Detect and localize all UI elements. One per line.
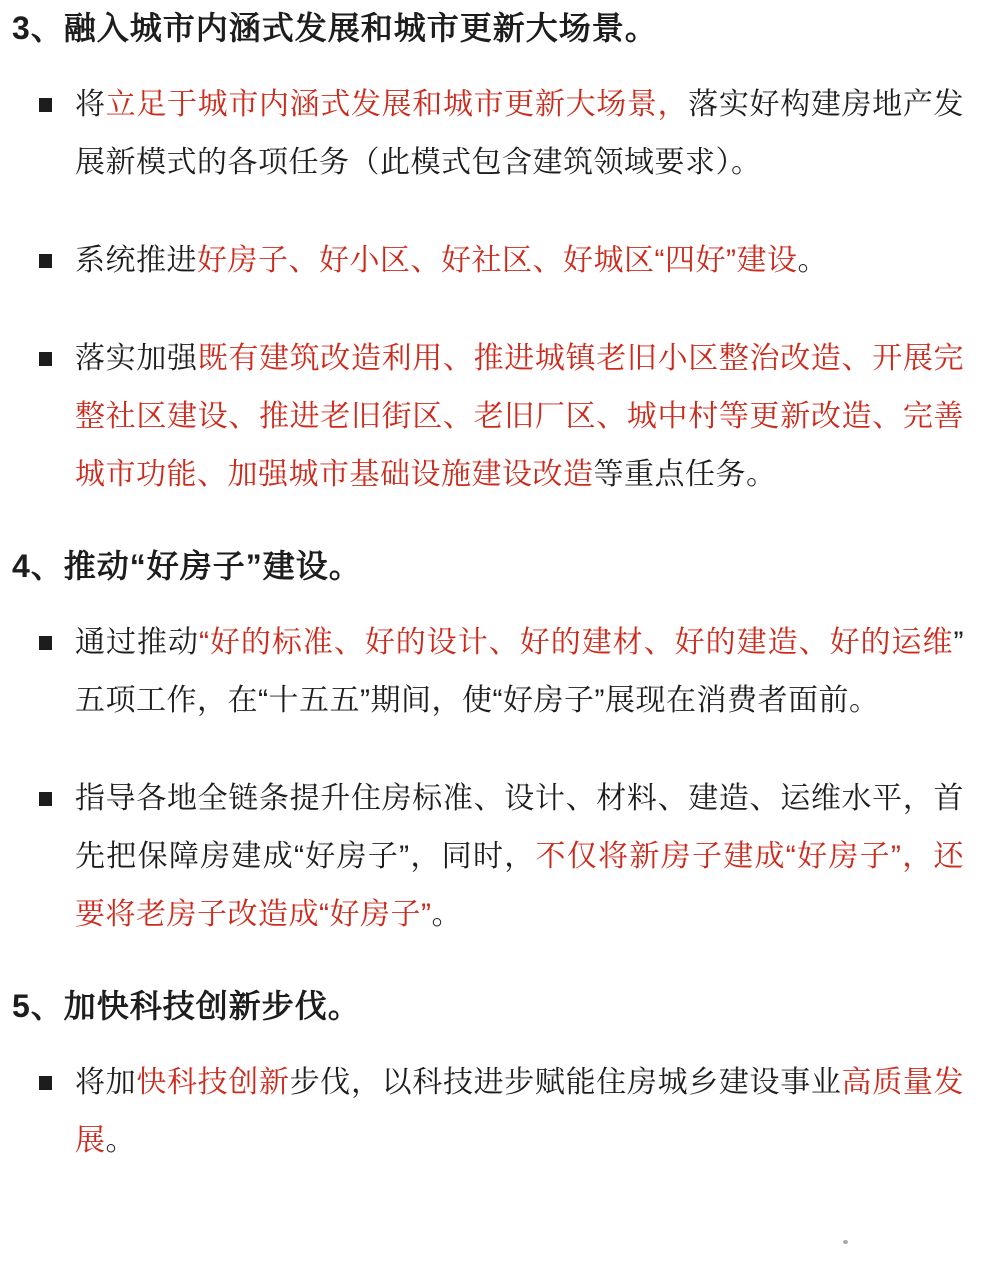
bullet-text: 通过推动“好的标准、好的设计、好的建材、好的建造、好的运维”五项工作，在“十五五…: [75, 614, 964, 730]
bullet-square-icon: [39, 792, 52, 806]
body-text: 。: [797, 244, 828, 277]
highlight-red-text: 既有建筑改造利用、推进城镇老旧小区整治改造、开展完整社区建设、推进老旧街区、老旧…: [75, 342, 964, 491]
bullet-text: 将立足于城市内涵式发展和城市更新大场景，落实好构建房地产发展新模式的各项任务（此…: [75, 76, 964, 192]
body-text: 将: [75, 88, 106, 121]
bullet-square-icon: [39, 636, 52, 650]
body-text: 步伐，以科技进步赋能住房城乡建设事业: [290, 1066, 842, 1099]
body-text: 落实加强: [75, 342, 198, 375]
bullet-item: 通过推动“好的标准、好的设计、好的建材、好的建造、好的运维”五项工作，在“十五五…: [12, 614, 964, 730]
document-page: 3、融入城市内涵式发展和城市更新大场景。 将立足于城市内涵式发展和城市更新大场景…: [0, 0, 984, 1270]
bullet-text: 系统推进好房子、好小区、好社区、好城区“四好”建设。: [75, 232, 964, 290]
bullet-item: 将加快科技创新步伐，以科技进步赋能住房城乡建设事业高质量发展。: [12, 1054, 964, 1170]
bullet-square-icon: [39, 352, 52, 366]
bullet-square-icon: [39, 254, 52, 268]
body-text: 。: [106, 1124, 137, 1157]
body-text: 。: [431, 898, 462, 931]
document-section: 4、推动“好房子”建设。 通过推动“好的标准、好的设计、好的建材、好的建造、好的…: [12, 544, 964, 944]
body-text: 将加: [75, 1066, 136, 1099]
bullet-text: 指导各地全链条提升住房标准、设计、材料、建造、运维水平，首先把保障房建成“好房子…: [75, 770, 964, 944]
bullet-item: 落实加强既有建筑改造利用、推进城镇老旧小区整治改造、开展完整社区建设、推进老旧街…: [12, 330, 964, 504]
bullet-item: 系统推进好房子、好小区、好社区、好城区“四好”建设。: [12, 232, 964, 290]
section-heading: 4、推动“好房子”建设。: [12, 544, 964, 588]
highlight-red-text: 立足于城市内涵式发展和城市更新大场景，: [106, 88, 689, 121]
bullet-item: 将立足于城市内涵式发展和城市更新大场景，落实好构建房地产发展新模式的各项任务（此…: [12, 76, 964, 192]
bullet-text: 将加快科技创新步伐，以科技进步赋能住房城乡建设事业高质量发展。: [75, 1054, 964, 1170]
bullet-item: 指导各地全链条提升住房标准、设计、材料、建造、运维水平，首先把保障房建成“好房子…: [12, 770, 964, 944]
sections-container: 3、融入城市内涵式发展和城市更新大场景。 将立足于城市内涵式发展和城市更新大场景…: [12, 6, 964, 1170]
scan-artifact-dot: [843, 1240, 848, 1244]
body-text: 等重点任务。: [594, 458, 777, 491]
bullet-text: 落实加强既有建筑改造利用、推进城镇老旧小区整治改造、开展完整社区建设、推进老旧街…: [75, 330, 964, 504]
highlight-red-text: “好的标准、好的设计、好的建材、好的建造、好的运维: [199, 626, 954, 659]
document-section: 3、融入城市内涵式发展和城市更新大场景。 将立足于城市内涵式发展和城市更新大场景…: [12, 6, 964, 504]
highlight-red-text: 好房子、好小区、好社区、好城区“四好”建设: [197, 244, 797, 277]
section-heading: 5、加快科技创新步伐。: [12, 984, 964, 1028]
bullet-square-icon: [39, 1076, 52, 1090]
document-section: 5、加快科技创新步伐。 将加快科技创新步伐，以科技进步赋能住房城乡建设事业高质量…: [12, 984, 964, 1170]
body-text: 系统推进: [75, 244, 197, 277]
bullet-square-icon: [39, 98, 52, 112]
section-heading: 3、融入城市内涵式发展和城市更新大场景。: [12, 6, 964, 50]
body-text: 通过推动: [75, 626, 199, 659]
highlight-red-text: 快科技创新: [136, 1066, 289, 1099]
